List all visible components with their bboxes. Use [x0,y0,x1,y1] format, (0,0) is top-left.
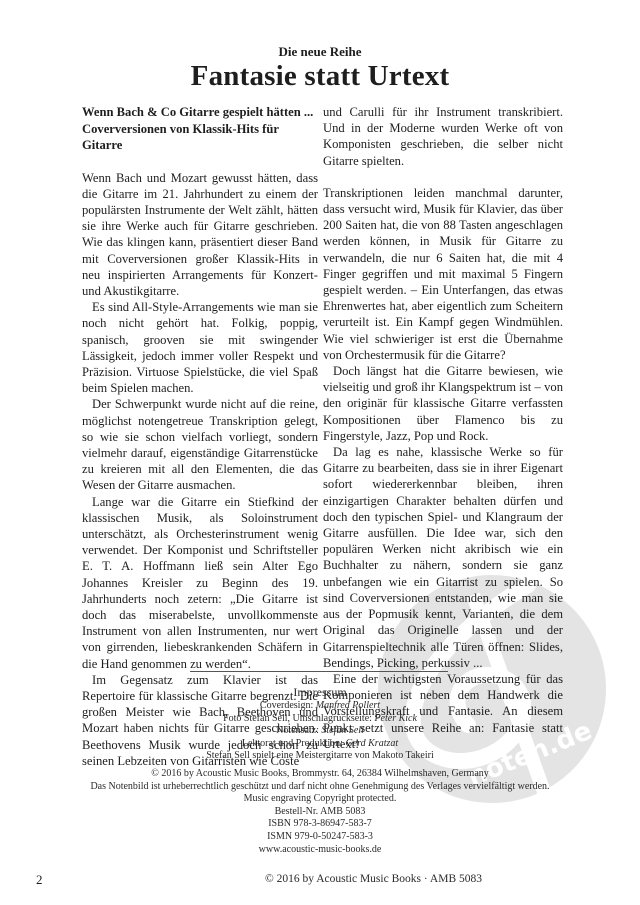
imprint-engraving: Music engraving Copyright protected. [0,793,640,806]
imprint-website[interactable]: www.acoustic-music-books.de [0,844,640,857]
imprint-isbn: ISBN 978-3-86947-583-7 [0,818,640,831]
page-number: 2 [36,872,43,888]
imprint-heading: Impressum [0,685,640,700]
paragraph: Transkriptionen leiden manchmal darunter… [323,185,563,363]
imprint-ismn: ISMN 979-0-50247-583-3 [0,831,640,844]
imprint-rights: Das Notenbild ist urheberrechtlich gesch… [0,781,640,794]
paragraph: Der Schwerpunkt wurde nicht auf die rein… [82,396,318,493]
paragraph: Lange war die Gitarre ein Stiefkind der … [82,494,318,672]
divider [190,671,448,672]
footer-copyright: © 2016 by Acoustic Music Books · AMB 508… [265,873,482,885]
series-kicker: Die neue Reihe [0,44,640,60]
imprint-order-no: Bestell-Nr. AMB 5083 [0,806,640,819]
imprint-editing: Lektorat und Produktion: Gerd Kratzat [0,738,640,751]
imprint-cover: Coverdesign: Manfred Pollert [0,700,640,713]
imprint-guitar: Stefan Sell spielt eine Meistergitarre v… [0,750,640,763]
imprint-notes: Notensatz: Stefan Sell [0,725,640,738]
document-page: Die neue Reihe Fantasie statt Urtext Wen… [0,0,640,905]
subheading: Wenn Bach & Co Gitarre gespielt hätten .… [82,104,318,154]
paragraph: Doch längst hat die Gitarre bewiesen, wi… [323,363,563,444]
imprint-copyright: © 2016 by Acoustic Music Books, Brommyst… [0,768,640,781]
paragraph: Da lag es nahe, klassische Werke so für … [323,444,563,671]
right-column: und Carulli für ihr Instrument transkrib… [323,104,563,752]
left-column: Wenn Bach & Co Gitarre gespielt hätten .… [82,104,318,769]
paragraph: Es sind All-Style-Arrangements wie man s… [82,299,318,396]
paragraph: und Carulli für ihr Instrument transkrib… [323,104,563,169]
paragraph: Wenn Bach und Mozart gewusst hätten, das… [82,170,318,300]
imprint-photo: Foto Stefan Sell, Umschlagrückseite: Pet… [0,713,640,726]
page-title: Fantasie statt Urtext [0,60,640,93]
imprint: Impressum Coverdesign: Manfred Pollert F… [0,685,640,856]
